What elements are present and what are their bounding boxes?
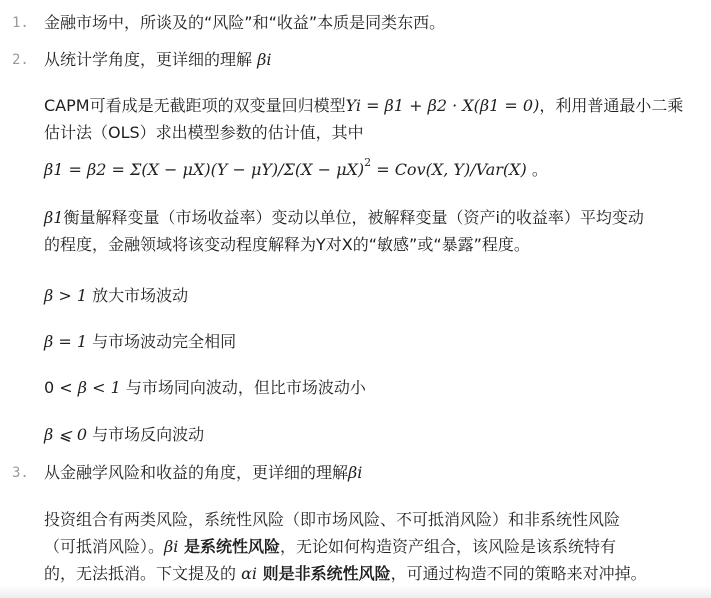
math-beta-i: βi: [257, 50, 271, 69]
beta-case-2: β = 1 与市场波动完全相同: [44, 328, 704, 355]
list-number: 3.: [12, 460, 42, 486]
capm-equation: Yi = β1 + β2 · X(β1 = 0): [346, 96, 540, 115]
beta-case-3: 0 < β < 1 与市场同向波动，但比市场波动小: [44, 374, 704, 401]
risk-paragraph: 投资组合有两类风险，系统性风险（即市场风险、不可抵消风险）和非系统性风险 （可抵…: [44, 506, 704, 587]
bottom-fade: [0, 586, 711, 598]
beta-case-1: β > 1 放大市场波动: [44, 282, 704, 309]
list-text: 金融市场中，所谈及的“风险”和“收益”本质是同类东西。: [44, 10, 445, 36]
math-beta-i: βi: [348, 463, 362, 482]
beta-case-4: β ⩽ 0 与市场反向波动: [44, 421, 704, 448]
beta1-paragraph: β1衡量解释变量（市场收益率）变动以单位，被解释变量（资产i的收益率）平均变动 …: [44, 204, 704, 258]
list-text: 从金融学风险和收益的角度，更详细的理解βi: [44, 460, 362, 486]
capm-paragraph: CAPM可看成是无截距项的双变量回归模型Yi = β1 + β2 · X(β1 …: [44, 92, 704, 183]
beta-formula: β1 = β2 = Σ(X − μX)(Y − μY)/Σ(X − μX)2 =…: [44, 160, 527, 179]
list-number: 1.: [12, 10, 42, 36]
list-text: 从统计学角度，更详细的理解 βi: [44, 47, 271, 73]
list-number: 2.: [12, 47, 42, 73]
